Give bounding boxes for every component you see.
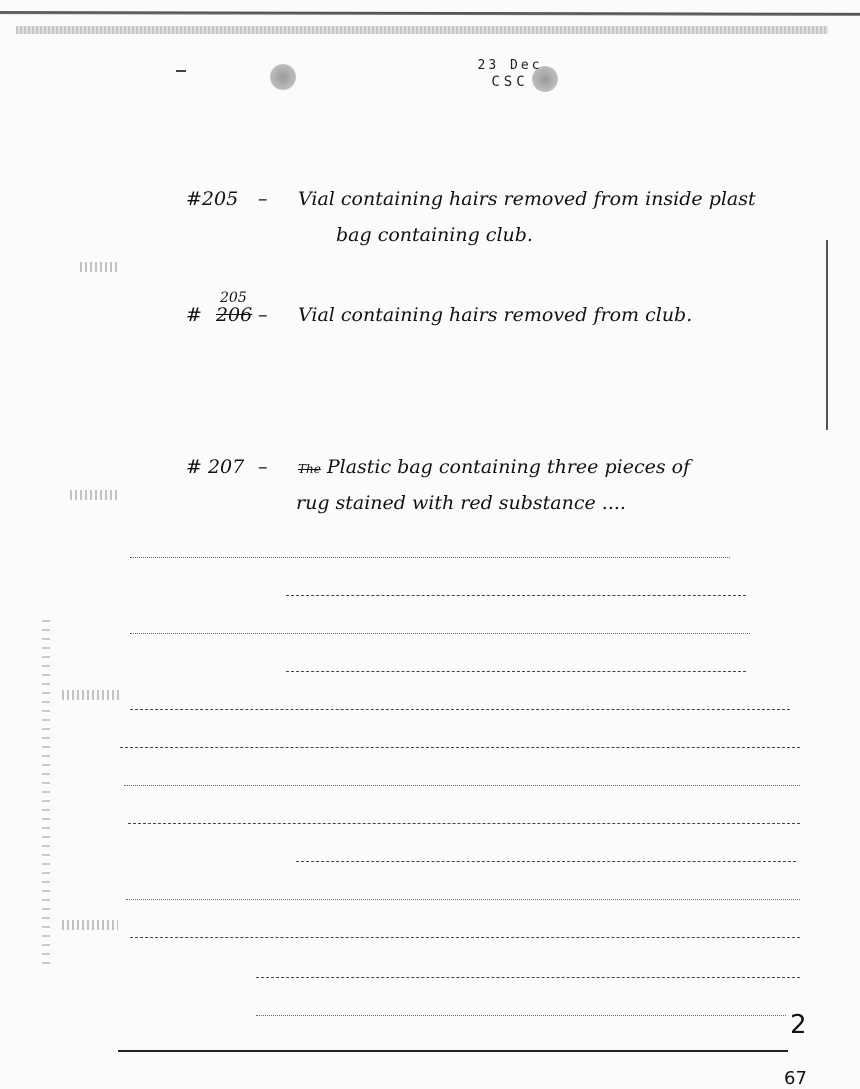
evidence-entry-205-corrected: # 205 206 –Vial containing hairs removed… xyxy=(186,304,692,326)
scan-noise xyxy=(62,690,120,700)
stamp-initials: CSC xyxy=(450,74,570,90)
bottom-rule xyxy=(118,1050,788,1052)
ruled-line xyxy=(286,595,746,596)
entry-dash: – xyxy=(258,188,298,210)
ruled-line xyxy=(296,861,796,862)
entry-number: #205 xyxy=(186,188,258,210)
entry-number: # 207 xyxy=(186,456,258,478)
entry-dash: – xyxy=(258,456,298,478)
punch-hole xyxy=(270,64,296,90)
corrected-number: 205 xyxy=(220,290,247,306)
ruled-line xyxy=(286,671,746,672)
top-scan-band xyxy=(16,26,828,34)
evidence-entry-205: #205–Vial containing hairs removed from … xyxy=(186,188,756,246)
entry-description-continued: rug stained with red substance .... xyxy=(186,492,690,514)
page-mark: 2 xyxy=(790,1010,807,1040)
margin-dash xyxy=(176,70,186,72)
scan-noise xyxy=(62,920,118,930)
evidence-entry-207: # 207–ThePlastic bag containing three pi… xyxy=(186,456,690,514)
entry-dash: – xyxy=(258,304,298,326)
date-stamp: 23 Dec CSC xyxy=(450,58,570,90)
ruled-line xyxy=(120,747,800,748)
entry-number-corrected: # 205 206 xyxy=(186,304,258,326)
ruled-line xyxy=(130,709,790,710)
struck-number: 206 xyxy=(216,304,252,326)
ruled-line xyxy=(130,557,730,558)
entry-description: Vial containing hairs removed from club. xyxy=(298,304,692,326)
hash-sign: # xyxy=(186,304,202,326)
ruled-line xyxy=(124,785,800,786)
entry-description: Vial containing hairs removed from insid… xyxy=(298,188,756,210)
struck-word: The xyxy=(298,462,321,476)
ruled-line xyxy=(128,823,800,824)
entry-description: Plastic bag containing three pieces of xyxy=(327,456,690,478)
page-number: 67 xyxy=(784,1068,807,1089)
stamp-date: 23 Dec xyxy=(450,58,570,74)
entry-description-continued: bag containing club. xyxy=(186,224,756,246)
ruled-line xyxy=(126,899,800,900)
margin-bar xyxy=(826,240,828,430)
margin-scan-noise xyxy=(42,620,50,970)
scan-noise xyxy=(70,490,120,500)
ruled-line xyxy=(256,977,800,978)
ruled-line xyxy=(130,937,800,938)
ruled-line xyxy=(256,1015,786,1016)
ruled-line xyxy=(130,633,750,634)
top-border-line xyxy=(0,11,860,16)
scan-noise xyxy=(80,262,120,272)
